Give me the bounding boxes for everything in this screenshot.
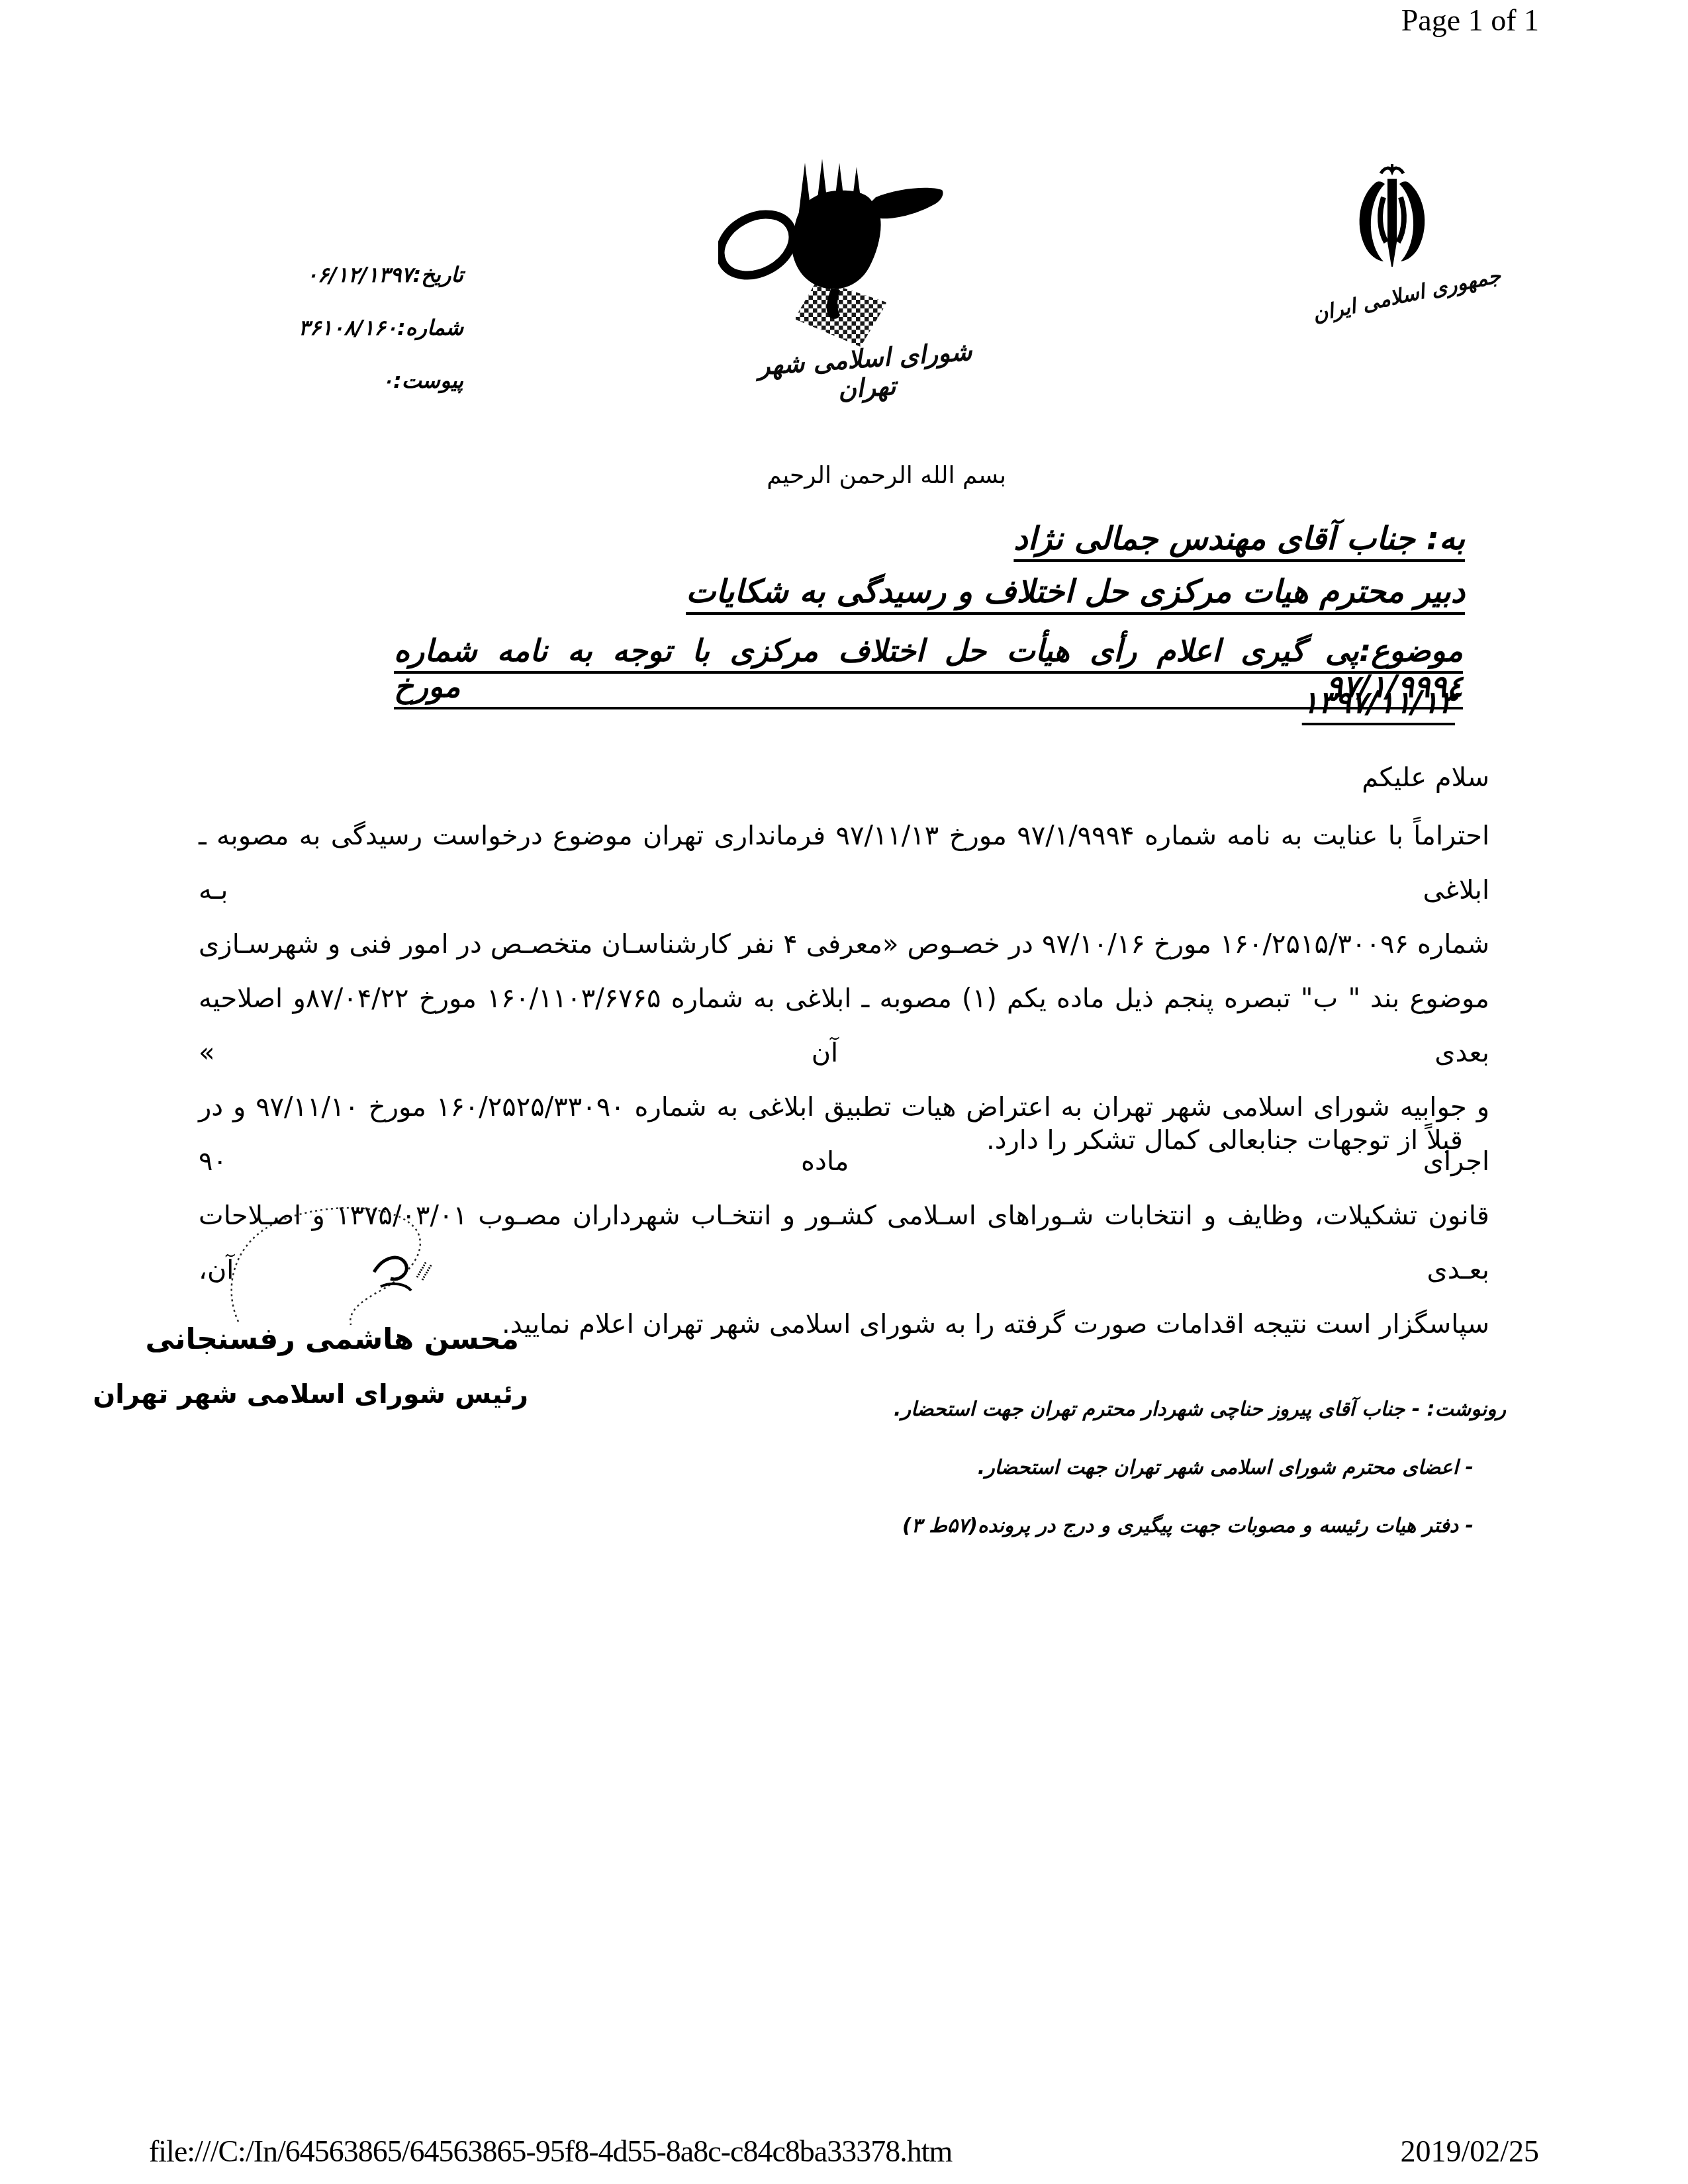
signer-title: رئیس شورای اسلامی شهر تهران [93,1379,528,1410]
subject-date-line: ۱۳۹۷/۱۱/۱۳ [1302,684,1455,720]
tehran-city-council-logo-icon [718,154,947,352]
number-value: ۳۶۱۰۸/۱۶۰ [296,315,397,340]
date-label: تاریخ: [413,262,463,287]
salutation: سلام علیکم [1362,762,1489,793]
scanned-letter-page: Page 1 of 1 شورای اسلامی شهر تهران [0,0,1688,2184]
print-date: 2019/02/25 [1400,2134,1539,2169]
cc-line: - اعضای محترم شورای اسلامی شهر تهران جهت… [978,1456,1474,1479]
body-line: موضوع بند " ب" تبصره پنجم ذیل ماده یکم (… [199,972,1489,1080]
closing-line: قبلاً از توجهات جنابعالی کمال تشکر را دا… [986,1125,1463,1156]
number-label: شماره: [397,315,463,340]
body-line: شماره ۱۶۰/۲۵۱۵/۳۰۰۹۶ مورخ ۹۷/۱۰/۱۶ در خص… [199,917,1489,972]
print-file-url: file:///C:/In/64563865/64563865-95f8-4d5… [149,2134,952,2169]
recipient-title-line: دبیر محترم هیات مرکزی حل اختلاف و رسیدگی… [686,573,1465,610]
cc-line: رونوشت: - جناب آقای پیروز حناچی شهردار م… [894,1398,1506,1421]
body-line: احتراماً با عنایت به نامه شماره ۹۷/۱/۹۹۹… [199,809,1489,917]
signer-name: محسن هاشمی رفسنجانی [146,1322,519,1356]
letter-attachment-row: پیوست:۰ [379,368,463,393]
letter-number-row: شماره:۳۶۱۰۸/۱۶۰ [296,315,463,340]
cc-line: - دفتر هیات رئیسه و مصوبات جهت پیگیری و … [902,1514,1474,1537]
attachment-label: پیوست: [393,368,463,393]
signature-icon [218,1199,437,1332]
date-value: ۰۶/۱۲/۱۳۹۷ [304,262,413,287]
recipient-line: به: جناب آقای مهندس جمالی نژاد [1013,520,1465,557]
attachment-value: ۰ [379,368,393,393]
print-page-number: Page 1 of 1 [1401,3,1539,38]
letter-date-row: تاریخ:۰۶/۱۲/۱۳۹۷ [304,262,463,287]
bismillah: بسم الله الرحمن الرحیم [767,462,1006,489]
iran-emblem-icon [1349,164,1435,277]
